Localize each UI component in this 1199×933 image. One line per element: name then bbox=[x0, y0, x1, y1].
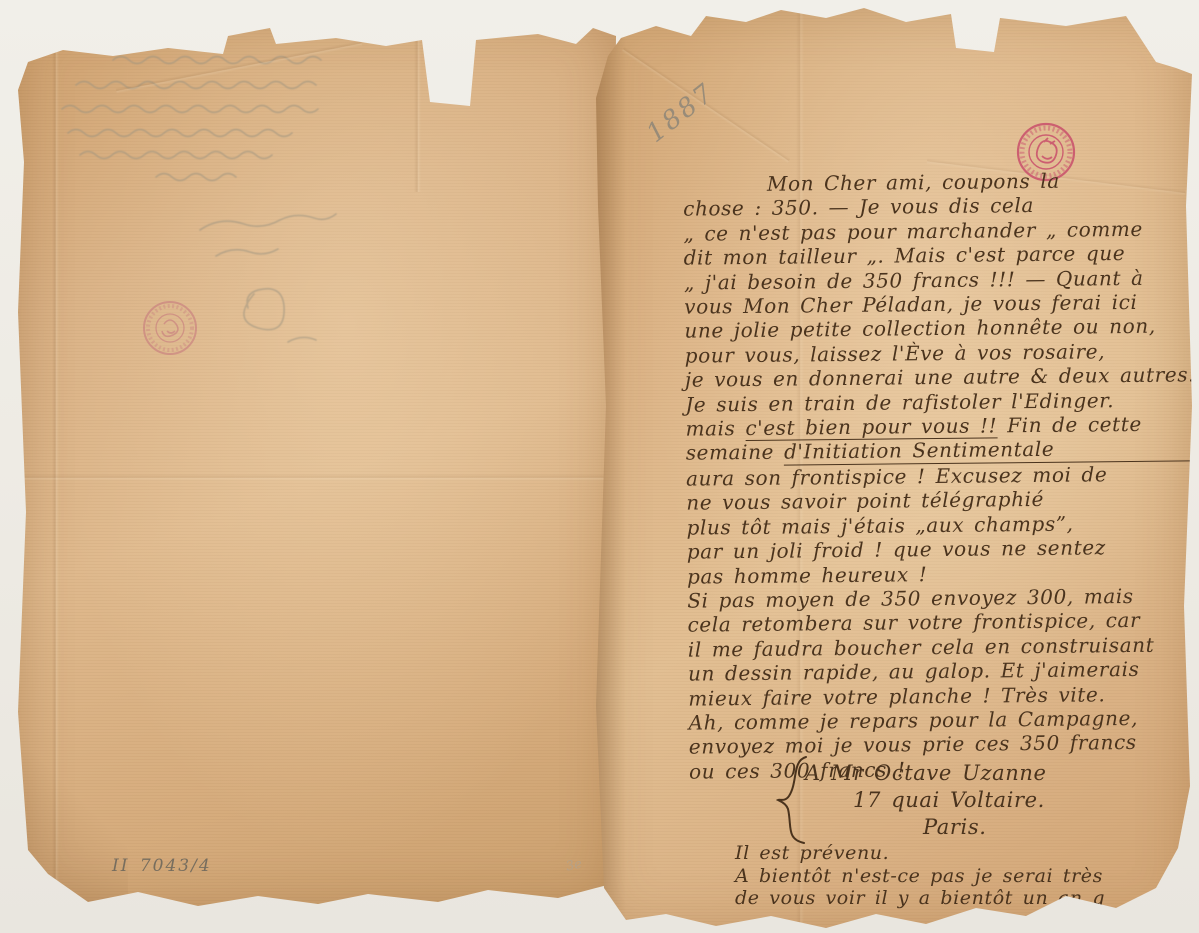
postscript-block: Il est prévenu. A bientôt n'est-ce pas j… bbox=[735, 842, 1105, 910]
address-line: A Mr Octave Uzanne bbox=[805, 760, 1047, 787]
catalog-number: II 7043/4 bbox=[112, 856, 212, 876]
paper-texture: II 7043/4 3e bbox=[18, 12, 616, 908]
library-stamp-icon bbox=[140, 298, 200, 358]
letter-sheet-recto: 1887 Mon Cher ami, coupons la chose : 35… bbox=[596, 6, 1192, 932]
show-through-text bbox=[18, 12, 616, 908]
letter-line-segment: Fin de cette bbox=[997, 412, 1142, 438]
letter-line-segment: mais bbox=[685, 416, 745, 441]
address-line: 17 quai Voltaire. bbox=[805, 787, 1047, 814]
postscript-line: de vous voir il y a bientôt un an q bbox=[735, 887, 1105, 910]
year-annotation: 1887 bbox=[641, 77, 721, 149]
paper-texture: 1887 Mon Cher ami, coupons la chose : 35… bbox=[596, 6, 1192, 932]
address-line: Paris. bbox=[805, 814, 1047, 841]
postscript-line: A bientôt n'est-ce pas je serai très bbox=[735, 865, 1105, 888]
postscript-line: Il est prévenu. bbox=[735, 842, 1105, 865]
letter-line-segment: semaine bbox=[686, 440, 785, 465]
letter-sheet-verso: II 7043/4 3e bbox=[18, 12, 616, 908]
underlined-phrase: c'est bien pour vous !! bbox=[745, 413, 997, 441]
address-block: A Mr Octave Uzanne 17 quai Voltaire. Par… bbox=[805, 760, 1047, 841]
letter-body: Mon Cher ami, coupons la chose : 350. — … bbox=[683, 167, 1195, 783]
